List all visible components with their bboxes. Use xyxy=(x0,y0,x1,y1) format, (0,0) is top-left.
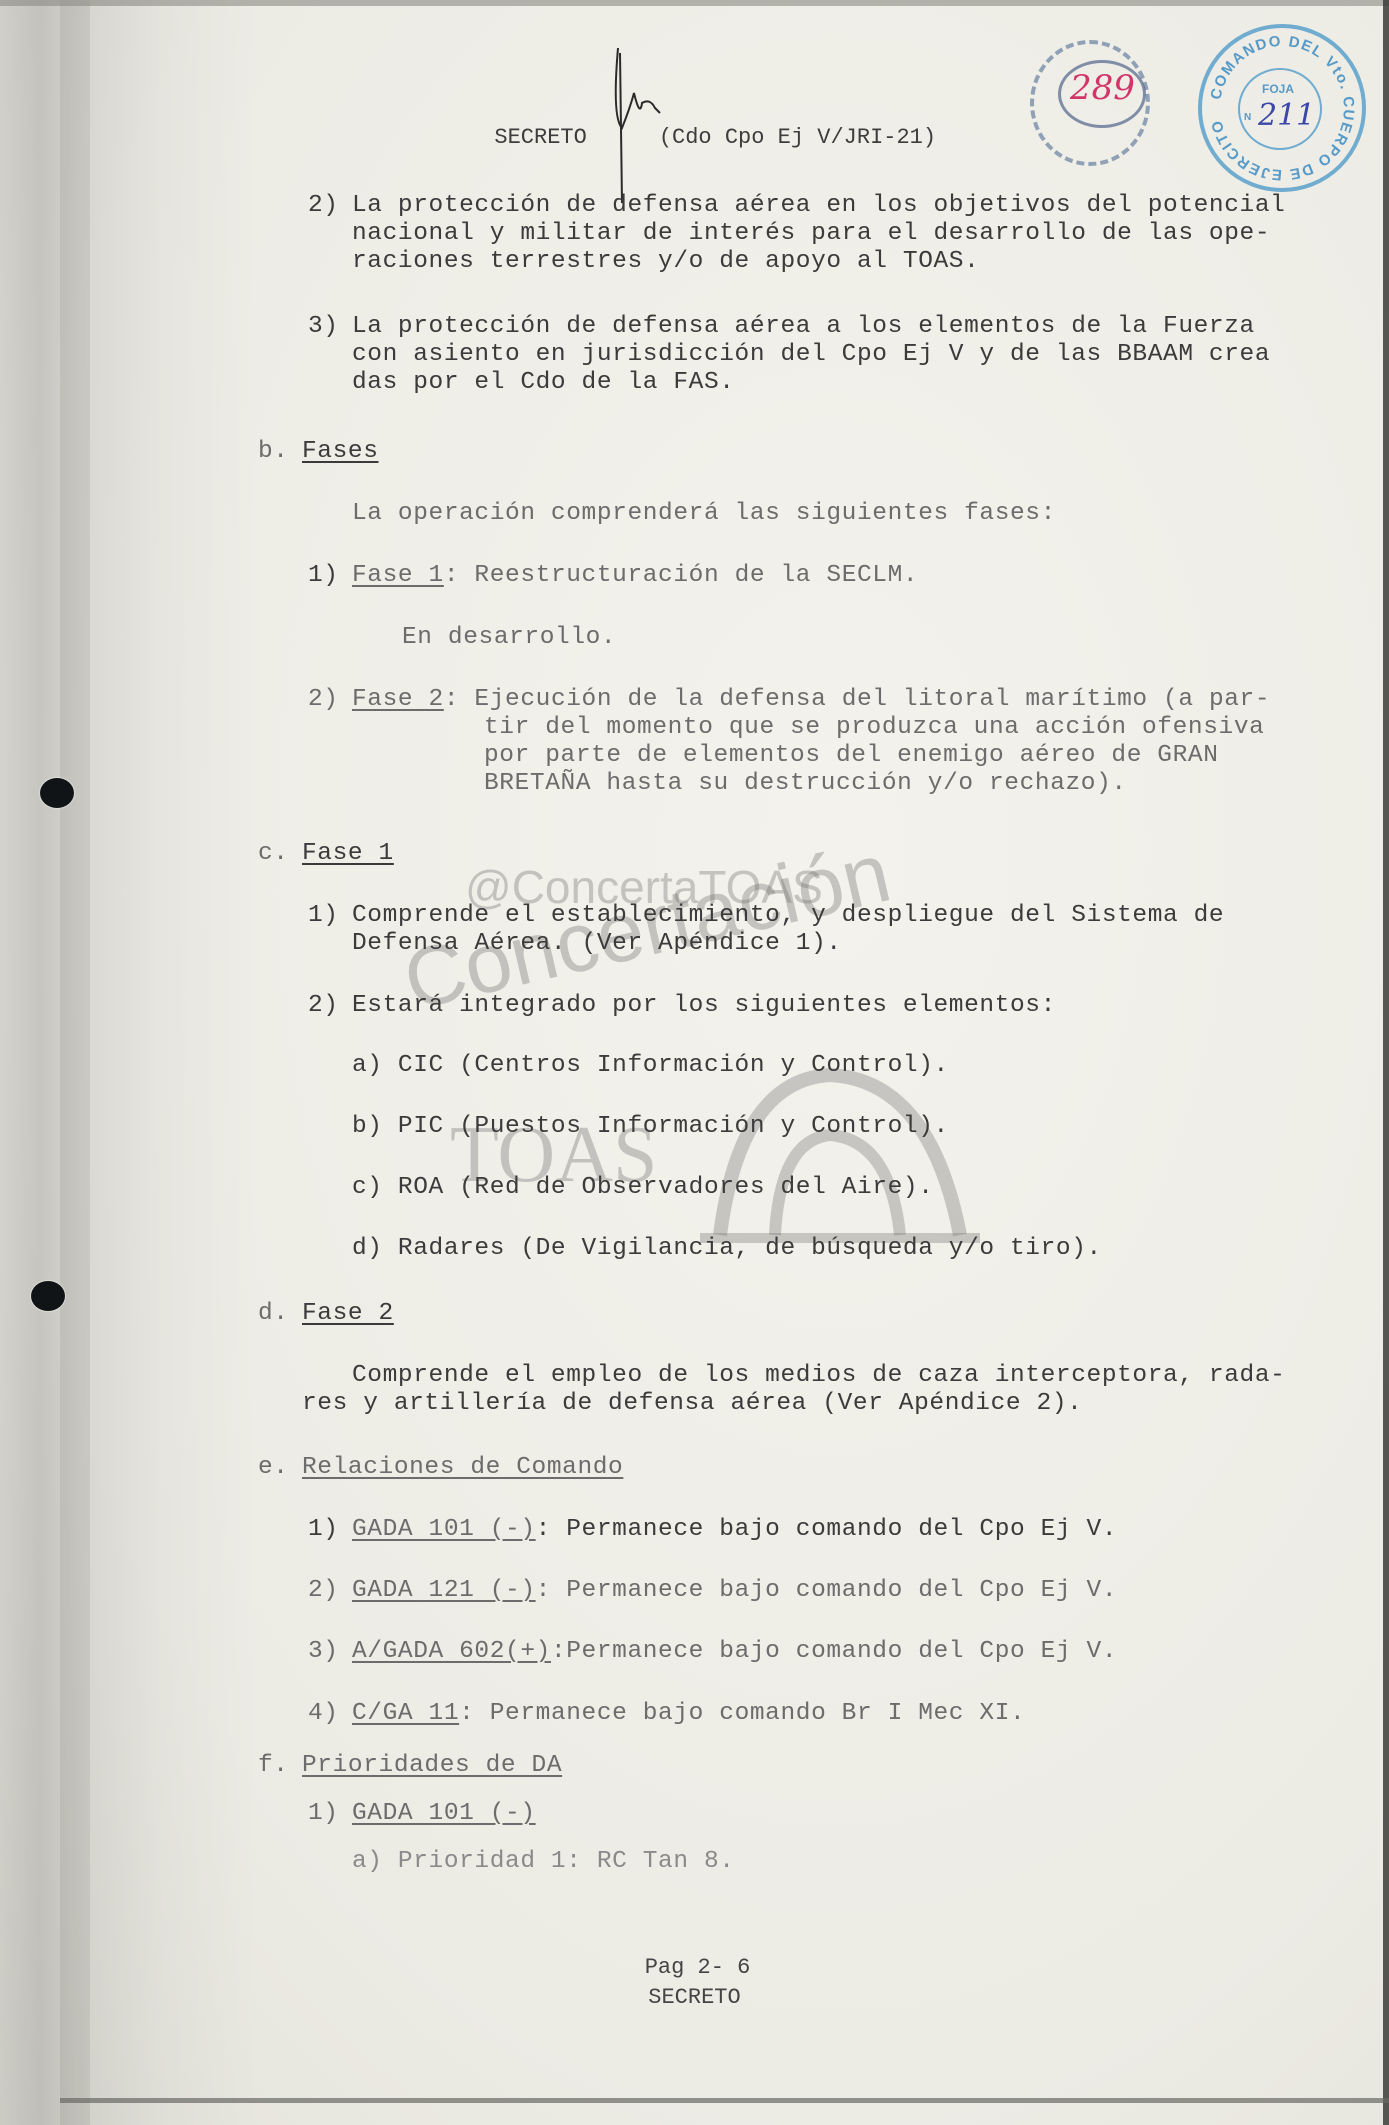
e-item4-text: : Permanece bajo comando Br I Mec XI. xyxy=(459,1700,1025,1727)
item2-number: 2) xyxy=(308,192,339,220)
section-b-title: Fases xyxy=(302,438,379,466)
item3-line1: La protección de defensa aérea a los ele… xyxy=(352,313,1255,341)
c-subitem-cic: a) CIC (Centros Información y Control). xyxy=(352,1052,949,1080)
c-item1-line1: Comprende el establecimiento, y desplieg… xyxy=(352,902,1224,930)
section-c-letter: c. xyxy=(258,840,289,868)
e-item2-unit: GADA 121 (-) xyxy=(352,1577,536,1604)
section-e-title: Relaciones de Comando xyxy=(302,1454,623,1482)
e-item1-unit: GADA 101 (-) xyxy=(352,1516,536,1543)
c-subitem-roa: c) ROA (Red de Observadores del Aire). xyxy=(352,1174,934,1202)
c-item2-text: Estará integrado por los siguientes elem… xyxy=(352,992,1056,1020)
section-c-title: Fase 1 xyxy=(302,840,394,868)
handwritten-signature-icon xyxy=(610,38,680,208)
phase1-status: En desarrollo. xyxy=(402,624,616,652)
binding-margin-shadow xyxy=(60,0,90,2125)
section-b-letter: b. xyxy=(258,438,289,466)
page-bottom-edge xyxy=(60,2098,1389,2103)
header-reference: (Cdo Cpo Ej V/JRI-21) xyxy=(659,125,936,150)
item2-line3: raciones terrestres y/o de apoyo al TOAS… xyxy=(352,248,979,276)
document-header: SECRETO(Cdo Cpo Ej V/JRI-21) xyxy=(468,100,936,150)
phase2-line3: por parte de elementos del enemigo aéreo… xyxy=(484,742,1219,770)
e-item3-text: :Permanece bajo comando del Cpo Ej V. xyxy=(551,1638,1117,1665)
command-stamp-prefix: N xyxy=(1244,112,1251,123)
page-right-edge xyxy=(1383,0,1389,2125)
e-item1-text: : Permanece bajo comando del Cpo Ej V. xyxy=(536,1516,1118,1543)
phase2-line2: tir del momento que se produzca una acci… xyxy=(484,714,1264,742)
e-item2-number: 2) xyxy=(308,1577,339,1605)
page-top-edge xyxy=(0,0,1389,6)
section-d-letter: d. xyxy=(258,1300,289,1328)
c-subitem-radares: d) Radares (De Vigilancia, de búsqueda y… xyxy=(352,1235,1102,1263)
e-item1-number: 1) xyxy=(308,1516,339,1544)
f-item1-unit: GADA 101 (-) xyxy=(352,1800,536,1828)
section-d-title: Fase 2 xyxy=(302,1300,394,1328)
f-sub-a: a) Prioridad 1: RC Tan 8. xyxy=(352,1848,735,1876)
c-item1-number: 1) xyxy=(308,902,339,930)
watermark-helmet-icon xyxy=(680,1060,1000,1250)
item3-line2: con asiento en jurisdicción del Cpo Ej V… xyxy=(352,341,1270,369)
footer-classification: SECRETO xyxy=(0,1985,1389,2010)
item2-line2: nacional y militar de interés para el de… xyxy=(352,220,1270,248)
item3-line3: das por el Cdo de la FAS. xyxy=(352,369,735,397)
f-item1-number: 1) xyxy=(308,1800,339,1828)
punch-hole-icon xyxy=(31,1281,65,1311)
command-stamp-label: FOJA xyxy=(1262,82,1294,96)
c-subitem-pic: b) PIC (Puestos Información y Control). xyxy=(352,1113,949,1141)
d-line1: Comprende el empleo de los medios de caz… xyxy=(352,1362,1285,1390)
phase1-text: : Reestructuración de la SECLM. xyxy=(444,562,918,589)
section-e-letter: e. xyxy=(258,1454,289,1482)
punch-hole-icon xyxy=(40,778,74,808)
c-item1-line2: Defensa Aérea. (Ver Apéndice 1). xyxy=(352,930,842,958)
item2-line1: La protección de defensa aérea en los ob… xyxy=(352,192,1285,220)
section-f-title: Prioridades de DA xyxy=(302,1752,562,1780)
phase1-number: 1) xyxy=(308,562,339,590)
footer-page-number: Pag 2- 6 xyxy=(0,1955,1389,1980)
phase2-line1: : Ejecución de la defensa del litoral ma… xyxy=(444,686,1270,713)
header-classification: SECRETO xyxy=(494,125,586,150)
section-f-letter: f. xyxy=(258,1752,289,1780)
e-item3-unit: A/GADA 602(+) xyxy=(352,1638,551,1665)
e-item2-text: : Permanece bajo comando del Cpo Ej V. xyxy=(536,1577,1118,1604)
e-item4-number: 4) xyxy=(308,1700,339,1728)
item3-number: 3) xyxy=(308,313,339,341)
e-item4-unit: C/GA 11 xyxy=(352,1700,459,1727)
e-item3-number: 3) xyxy=(308,1638,339,1666)
d-line2: res y artillería de defensa aérea (Ver A… xyxy=(302,1390,1082,1418)
phase1-label: Fase 1 xyxy=(352,562,444,589)
command-stamp-number: 211 xyxy=(1258,98,1315,133)
c-item2-number: 2) xyxy=(308,992,339,1020)
section-b-intro: La operación comprenderá las siguientes … xyxy=(352,500,1056,528)
phase2-line4: BRETAÑA hasta su destrucción y/o rechazo… xyxy=(484,770,1127,798)
phase2-label: Fase 2 xyxy=(352,686,444,713)
phase2-number: 2) xyxy=(308,686,339,714)
folio-number-red: 289 xyxy=(1070,68,1135,108)
